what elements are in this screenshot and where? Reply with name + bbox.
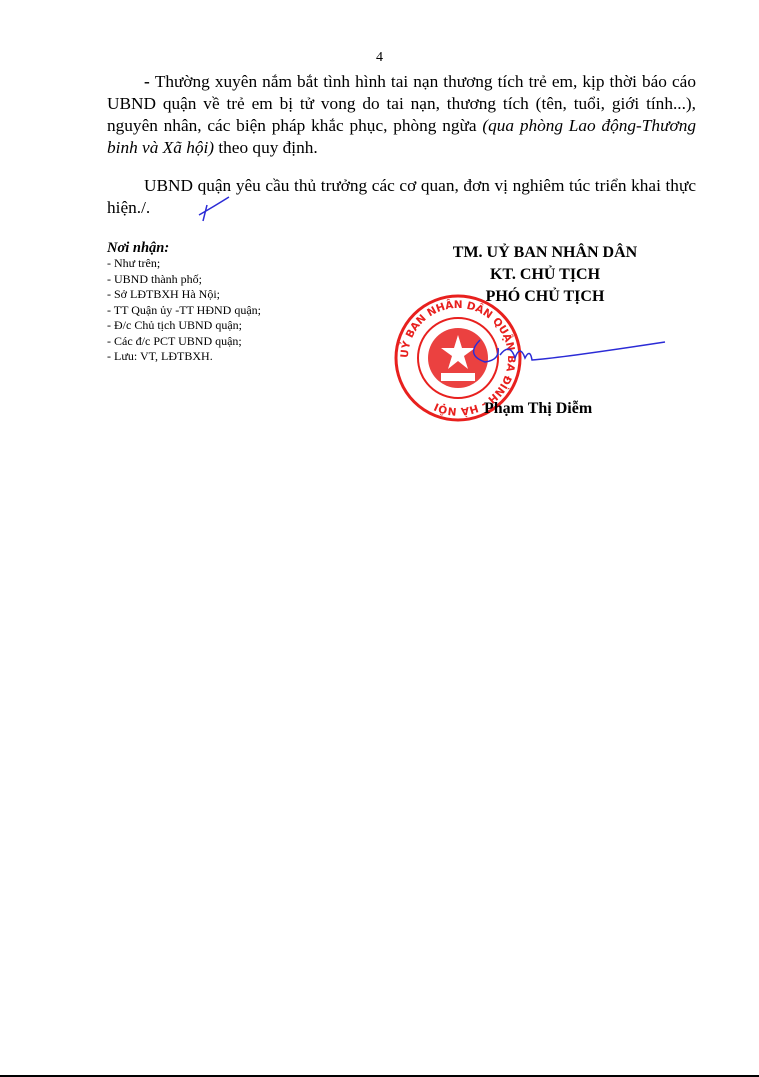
recipients-title: Nơi nhận: bbox=[107, 240, 261, 256]
recipient-item: - Lưu: VT, LĐTBXH. bbox=[107, 349, 261, 365]
handwritten-signature bbox=[470, 330, 670, 370]
recipient-item: - Như trên; bbox=[107, 256, 261, 272]
initials-mark bbox=[193, 193, 233, 223]
recipient-item: - Các đ/c PCT UBND quận; bbox=[107, 334, 261, 350]
signature-line-2: KT. CHỦ TỊCH bbox=[430, 264, 660, 286]
recipient-item: - UBND thành phố; bbox=[107, 272, 261, 288]
page-number: 4 bbox=[0, 50, 759, 66]
paragraph-reporting: - Thường xuyên nắm bắt tình hình tai nạn… bbox=[107, 71, 696, 159]
recipient-item: - Sở LĐTBXH Hà Nội; bbox=[107, 287, 261, 303]
signer-name: Phạm Thị Diễm bbox=[484, 400, 592, 418]
paragraph-text-end: theo quy định. bbox=[214, 138, 318, 157]
bullet-dash: - bbox=[144, 72, 155, 91]
recipient-item: - Đ/c Chủ tịch UBND quận; bbox=[107, 318, 261, 334]
recipients-list: Nơi nhận: - Như trên; - UBND thành phố; … bbox=[107, 240, 261, 365]
recipient-item: - TT Quận ủy -TT HĐND quận; bbox=[107, 303, 261, 319]
signature-line-1: TM. UỶ BAN NHÂN DÂN bbox=[430, 242, 660, 264]
